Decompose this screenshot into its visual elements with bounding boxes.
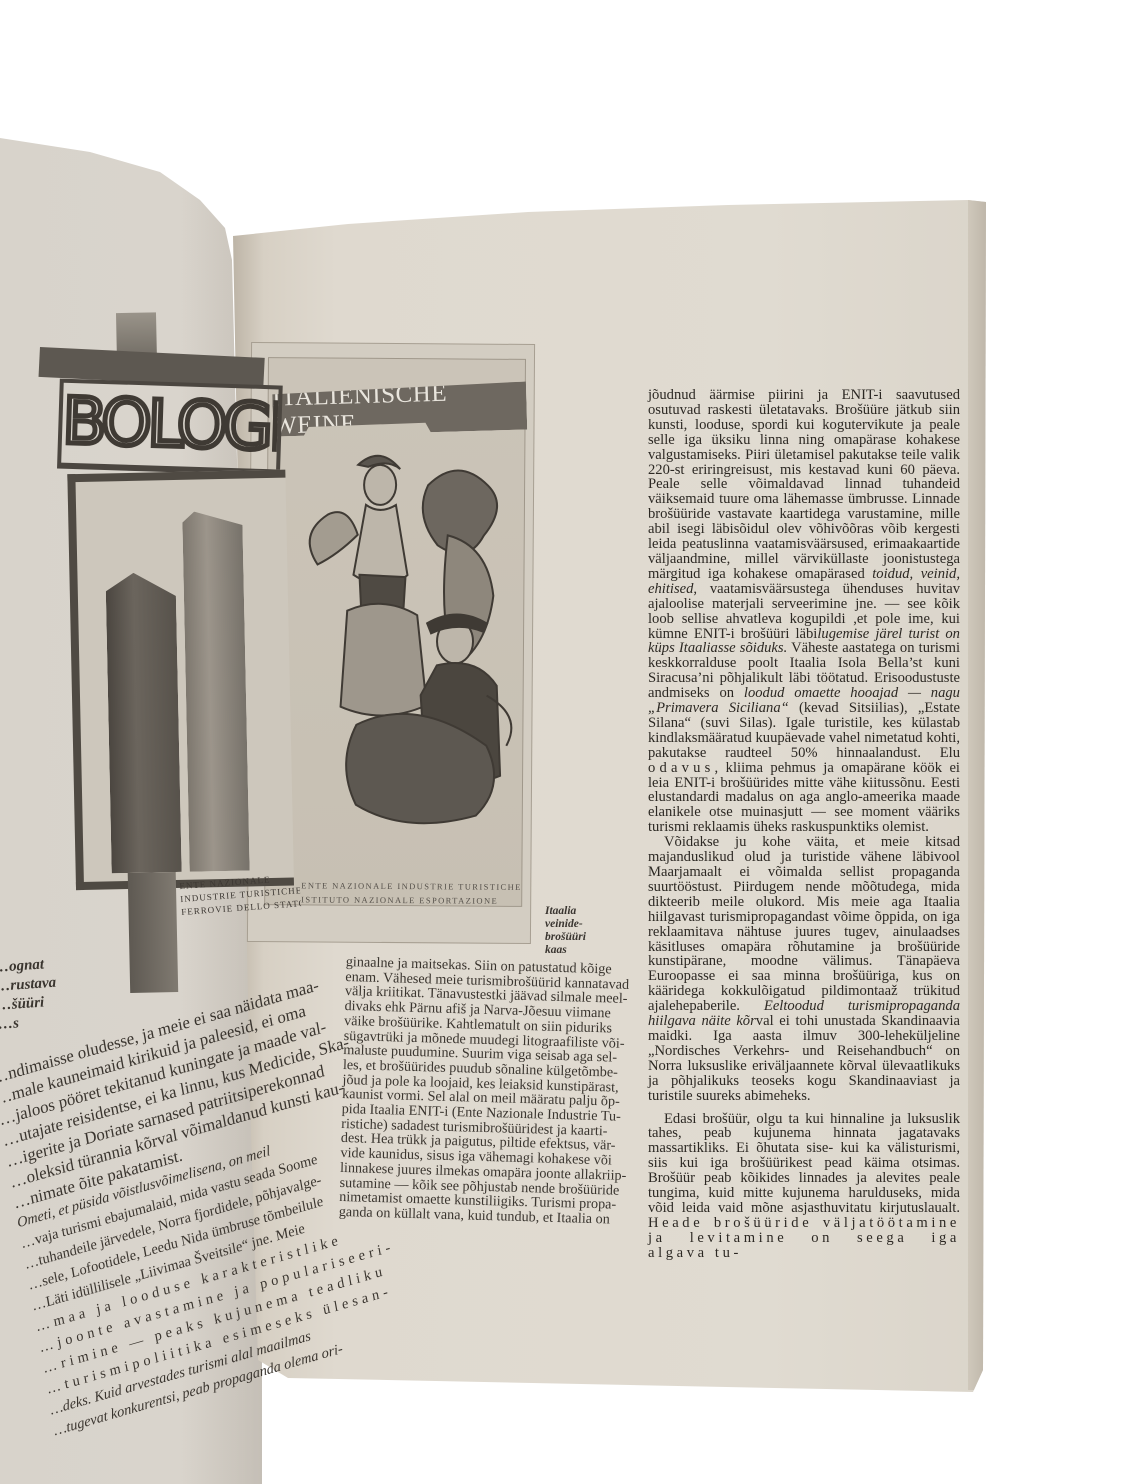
caption-line: kaas <box>545 944 625 957</box>
middle-column-text: ginaalne ja maitsekas. Siin on patustatu… <box>339 955 636 1228</box>
text-run: jõudnud äärmise piirini ja ENIT-i saavut… <box>648 387 960 582</box>
wine-figure-caption: Itaalia veinide- brošüüri kaas <box>545 905 625 957</box>
caption-line: Itaalia <box>545 905 625 918</box>
paragraph-3: Edasi brošüür, olgu ta kui hinnaline ja … <box>648 1112 960 1261</box>
page-edge <box>968 200 988 1390</box>
tower-icon <box>105 572 181 873</box>
tower-icon <box>182 511 250 872</box>
brochure-footer-line: ISTITUTO NAZIONALE ESPORTAZIONE <box>301 892 541 908</box>
figures-illustration-icon <box>286 444 525 846</box>
brochure-cover: ITALIENISCHE WEINE ENTE NAZIONALE INDUST… <box>264 357 526 907</box>
spaced-run: Heade brošüüride väljatöötamine ja levit… <box>648 1215 960 1261</box>
text-run: Võidakse ju kohe väita, et meie kitsad m… <box>648 834 960 1014</box>
poster-title: BOLOGNA <box>57 379 283 476</box>
bologna-poster-figure: BOLOGNA ENTE NAZIONALE INDUSTRIE TURISTI… <box>28 310 268 1015</box>
bologna-figure-caption: …ognat …rustava …šüüri …s <box>0 951 109 1034</box>
caption-line: brošüüri <box>545 931 625 944</box>
brochure-banner-title: ITALIENISCHE WEINE <box>272 382 527 437</box>
paragraph-2: Võidakse ju kohe väita, et meie kitsad m… <box>648 835 960 1103</box>
text-run: Edasi brošüür, olgu ta kui hinnaline ja … <box>648 1111 960 1216</box>
paragraph-1: jõudnud äärmise piirini ja ENIT-i saavut… <box>648 388 960 835</box>
left-page-text: …ndimaisse oludesse, ja meie ei saa näid… <box>0 985 344 1442</box>
poster-pillar-bottom <box>128 872 179 993</box>
caption-line: veinide- <box>545 918 625 931</box>
brochure-footer: ENTE NAZIONALE INDUSTRIE TURISTICHE ISTI… <box>301 878 541 908</box>
spaced-run: odavus <box>648 760 715 776</box>
right-column-text: jõudnud äärmise piirini ja ENIT-i saavut… <box>648 388 960 1261</box>
